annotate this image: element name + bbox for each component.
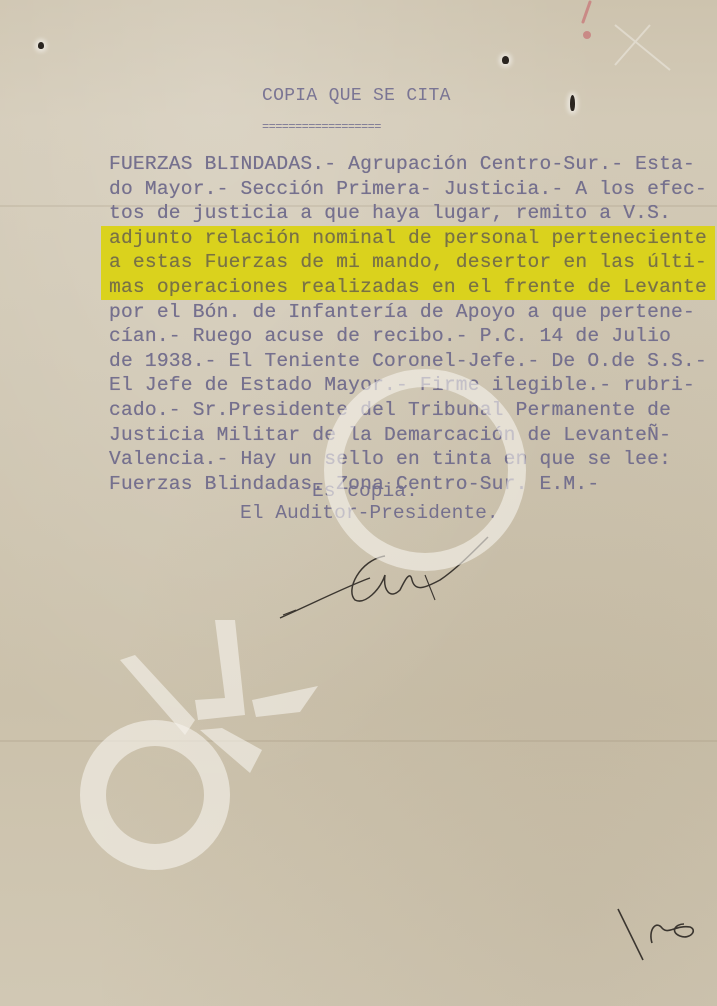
page-number-handwritten xyxy=(0,0,717,1006)
